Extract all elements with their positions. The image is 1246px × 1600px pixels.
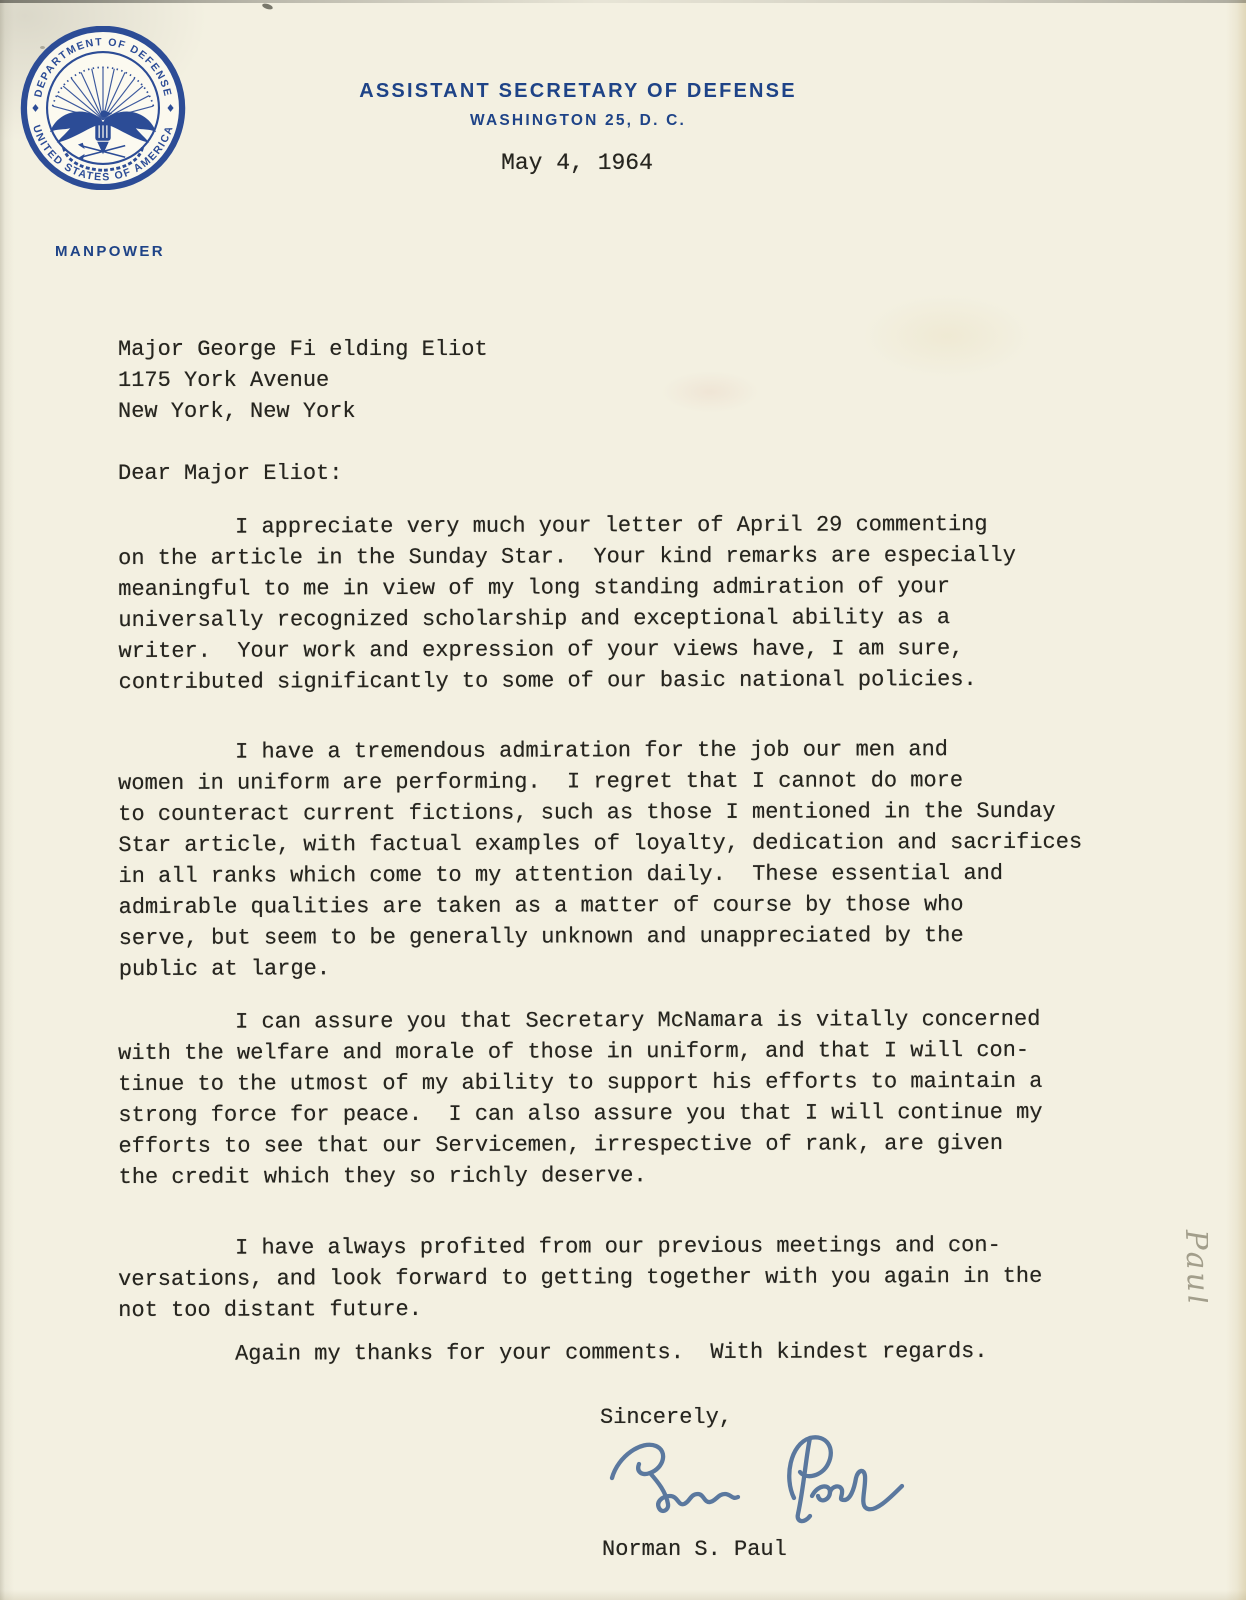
recipient-city: New York, New York xyxy=(118,396,488,427)
paper-speck xyxy=(261,2,273,10)
office-label: MANPOWER xyxy=(55,243,165,260)
letter-page: DEPARTMENT OF DEFENSE UNITED STATES OF A… xyxy=(0,0,1246,1600)
body-paragraph-3: I can assure you that Secretary McNamara… xyxy=(118,1003,1131,1193)
body-paragraph-2: I have a tremendous admiration for the j… xyxy=(118,733,1131,985)
recipient-street: 1175 York Avenue xyxy=(118,365,488,396)
letterhead-title: ASSISTANT SECRETARY OF DEFENSE xyxy=(278,80,878,103)
margin-note: Paul xyxy=(1138,1212,1208,1362)
body-paragraph-4: I have always profited from our previous… xyxy=(118,1229,1130,1326)
scan-edge-shadow xyxy=(0,0,1246,3)
recipient-name: Major George Fi elding Eliot xyxy=(118,334,488,365)
signature-script xyxy=(598,1424,928,1540)
letter-date: May 4, 1964 xyxy=(462,150,692,176)
body-paragraph-5: Again my thanks for your comments. With … xyxy=(118,1335,1130,1370)
typed-signature: Norman S. Paul xyxy=(602,1534,787,1565)
margin-note-text: Paul xyxy=(1178,1228,1208,1308)
salutation: Dear Major Eliot: xyxy=(118,458,342,489)
letterhead-location: WASHINGTON 25, D. C. xyxy=(278,112,878,130)
recipient-address: Major George Fi elding Eliot 1175 York A… xyxy=(118,334,488,427)
dod-seal: DEPARTMENT OF DEFENSE UNITED STATES OF A… xyxy=(20,26,186,190)
body-paragraph-1: I appreciate very much your letter of Ap… xyxy=(118,508,1131,698)
